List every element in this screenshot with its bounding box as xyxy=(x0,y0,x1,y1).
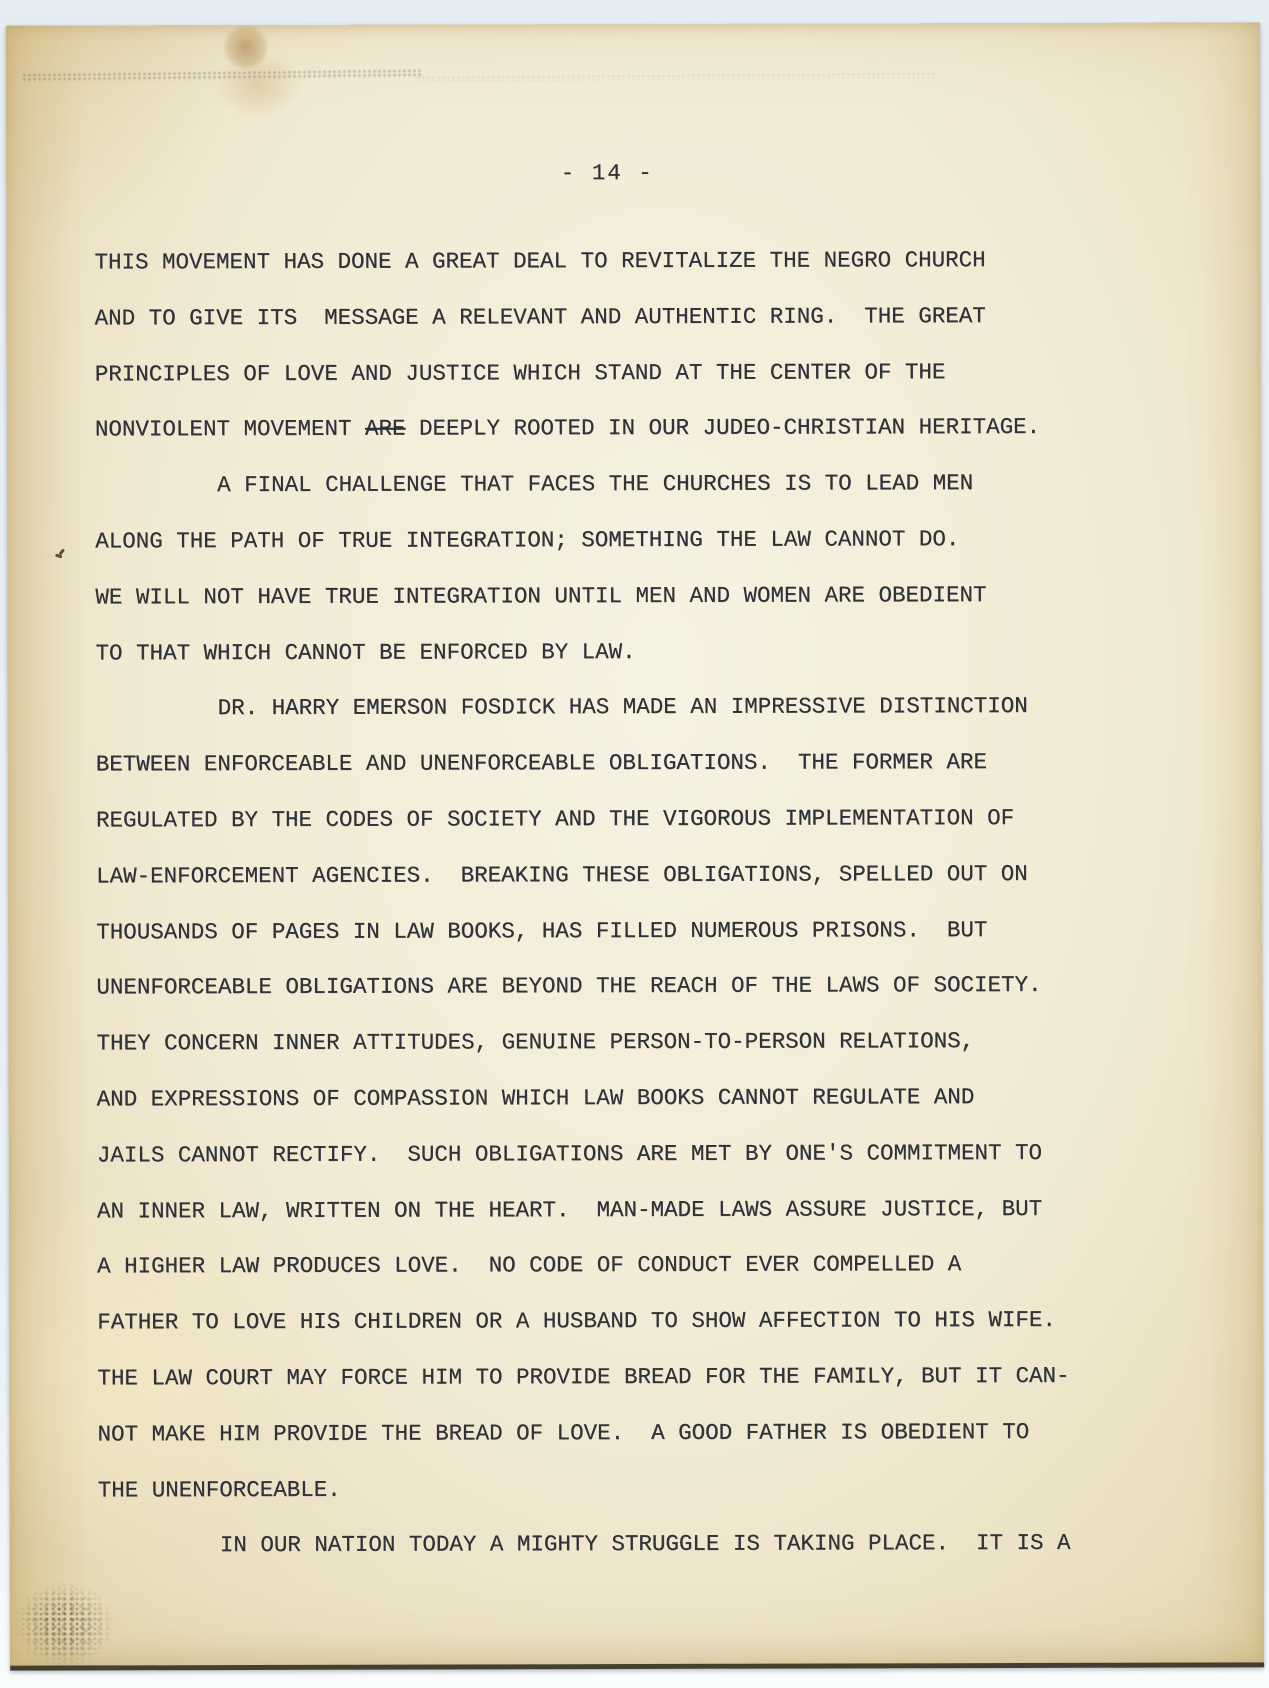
document-line: BETWEEN ENFORCEABLE AND UNENFORCEABLE OB… xyxy=(96,735,1206,794)
document-line: LAW-ENFORCEMENT AGENCIES. BREAKING THESE… xyxy=(96,846,1206,905)
struck-word: ARE xyxy=(365,416,406,442)
text-segment: AND EXPRESSIONS OF COMPASSION WHICH LAW … xyxy=(97,1084,975,1112)
page-number: - 14 - xyxy=(0,158,1234,187)
document-line: THE UNENFORCEABLE. xyxy=(98,1460,1208,1519)
document-line: THEY CONCERN INNER ATTITUDES, GENUINE PE… xyxy=(96,1014,1206,1073)
document-line: REGULATED BY THE CODES OF SOCIETY AND TH… xyxy=(96,790,1206,849)
document-line: WE WILL NOT HAVE TRUE INTEGRATION UNTIL … xyxy=(95,567,1205,626)
document-line: A HIGHER LAW PRODUCES LOVE. NO CODE OF C… xyxy=(97,1237,1207,1296)
margin-pencil-mark xyxy=(53,547,69,561)
scan-background: - 14 - THIS MOVEMENT HAS DONE A GREAT DE… xyxy=(0,0,1269,1688)
text-segment: UNENFORCEABLE OBLIGATIONS ARE BEYOND THE… xyxy=(96,972,1041,1000)
bottom-left-stain xyxy=(14,1581,114,1667)
text-segment: THIS MOVEMENT HAS DONE A GREAT DEAL TO R… xyxy=(94,247,985,275)
text-segment: NONVIOLENT MOVEMENT xyxy=(95,416,365,443)
text-segment: THE LAW COURT MAY FORCE HIM TO PROVIDE B… xyxy=(97,1363,1069,1392)
text-segment: THE UNENFORCEABLE. xyxy=(98,1476,341,1503)
text-segment: BETWEEN ENFORCEABLE AND UNENFORCEABLE OB… xyxy=(96,749,987,777)
text-segment: FATHER TO LOVE HIS CHILDREN OR A HUSBAND… xyxy=(97,1307,1056,1336)
document-line: UNENFORCEABLE OBLIGATIONS ARE BEYOND THE… xyxy=(96,958,1206,1017)
pencil-smudge-line-faint xyxy=(416,72,936,82)
text-segment: PRINCIPLES OF LOVE AND JUSTICE WHICH STA… xyxy=(95,359,946,387)
document-line: AND TO GIVE ITS MESSAGE A RELEVANT AND A… xyxy=(95,288,1205,347)
text-segment: THOUSANDS OF PAGES IN LAW BOOKS, HAS FIL… xyxy=(96,917,987,945)
text-segment: AND TO GIVE ITS MESSAGE A RELEVANT AND A… xyxy=(95,303,986,331)
text-segment: AN INNER LAW, WRITTEN ON THE HEART. MAN-… xyxy=(97,1195,1042,1223)
text-segment: ALONG THE PATH OF TRUE INTEGRATION; SOME… xyxy=(95,526,959,554)
text-segment: REGULATED BY THE CODES OF SOCIETY AND TH… xyxy=(96,805,1014,833)
text-segment: NOT MAKE HIM PROVIDE THE BREAD OF LOVE. … xyxy=(98,1419,1030,1447)
document-line: IN OUR NATION TODAY A MIGHTY STRUGGLE IS… xyxy=(98,1516,1208,1575)
text-segment: LAW-ENFORCEMENT AGENCIES. BREAKING THESE… xyxy=(96,861,1028,889)
document-line: FATHER TO LOVE HIS CHILDREN OR A HUSBAND… xyxy=(97,1293,1207,1352)
text-segment: A FINAL CHALLENGE THAT FACES THE CHURCHE… xyxy=(217,470,973,498)
document-line: THOUSANDS OF PAGES IN LAW BOOKS, HAS FIL… xyxy=(96,902,1206,961)
text-segment: TO THAT WHICH CANNOT BE ENFORCED BY LAW. xyxy=(95,639,635,666)
text-segment: WE WILL NOT HAVE TRUE INTEGRATION UNTIL … xyxy=(95,582,986,610)
text-segment: THEY CONCERN INNER ATTITUDES, GENUINE PE… xyxy=(96,1028,974,1056)
document-line: DR. HARRY EMERSON FOSDICK HAS MADE AN IM… xyxy=(96,679,1206,738)
text-segment: IN OUR NATION TODAY A MIGHTY STRUGGLE IS… xyxy=(220,1530,1071,1558)
document-line: AN INNER LAW, WRITTEN ON THE HEART. MAN-… xyxy=(97,1181,1207,1240)
document-page: - 14 - THIS MOVEMENT HAS DONE A GREAT DE… xyxy=(6,22,1264,1670)
document-line: A FINAL CHALLENGE THAT FACES THE CHURCHE… xyxy=(95,456,1205,515)
document-line: TO THAT WHICH CANNOT BE ENFORCED BY LAW. xyxy=(95,623,1205,682)
document-line: ALONG THE PATH OF TRUE INTEGRATION; SOME… xyxy=(95,511,1205,570)
document-line: THIS MOVEMENT HAS DONE A GREAT DEAL TO R… xyxy=(94,233,1204,292)
document-line: THE LAW COURT MAY FORCE HIM TO PROVIDE B… xyxy=(97,1348,1207,1407)
text-segment: JAILS CANNOT RECTIFY. SUCH OBLIGATIONS A… xyxy=(97,1140,1042,1168)
document-line: NONVIOLENT MOVEMENT ARE DEEPLY ROOTED IN… xyxy=(95,400,1205,459)
text-segment: DR. HARRY EMERSON FOSDICK HAS MADE AN IM… xyxy=(218,693,1028,721)
document-line: JAILS CANNOT RECTIFY. SUCH OBLIGATIONS A… xyxy=(97,1125,1207,1184)
text-segment: A HIGHER LAW PRODUCES LOVE. NO CODE OF C… xyxy=(97,1251,961,1279)
pencil-smudge-line xyxy=(22,69,422,83)
document-line: NOT MAKE HIM PROVIDE THE BREAD OF LOVE. … xyxy=(97,1404,1207,1463)
document-text: THIS MOVEMENT HAS DONE A GREAT DEAL TO R… xyxy=(94,233,1208,1575)
document-line: PRINCIPLES OF LOVE AND JUSTICE WHICH STA… xyxy=(95,344,1205,403)
document-line: AND EXPRESSIONS OF COMPASSION WHICH LAW … xyxy=(97,1069,1207,1128)
text-segment: DEEPLY ROOTED IN OUR JUDEO-CHRISTIAN HER… xyxy=(405,414,1040,442)
